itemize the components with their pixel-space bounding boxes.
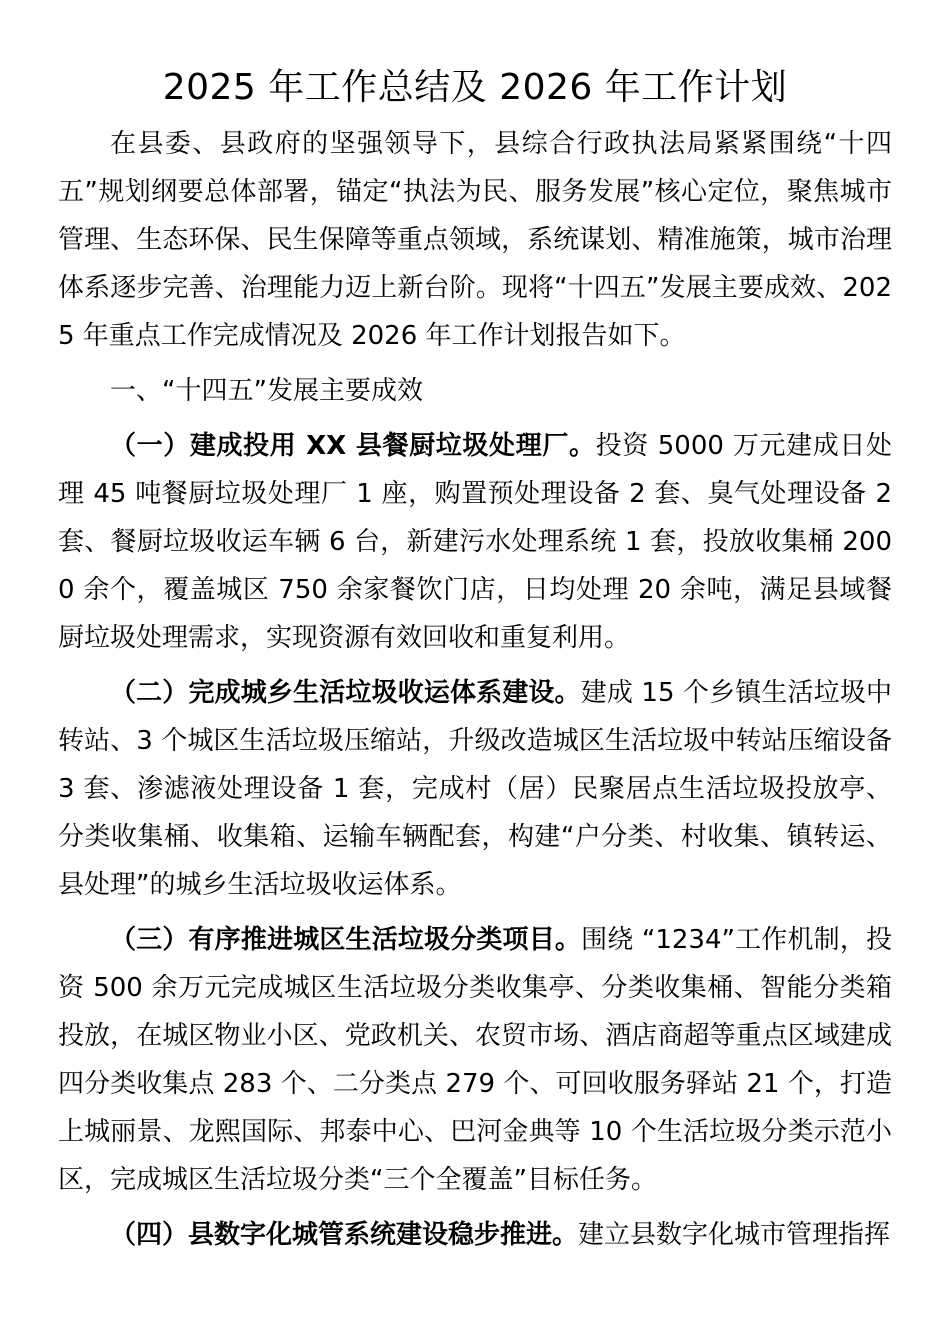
item-3-lead: （三）有序推进城区生活垃圾分类项目。: [110, 925, 581, 955]
item-paragraph-1: （一）建成投用 XX 县餐厨垃圾处理厂。投资 5000 万元建成日处理 45 吨…: [58, 422, 892, 662]
item-3-text: 围绕 “1234”工作机制，投资 500 余万元完成城区生活垃圾分类收集亭、分类…: [58, 925, 892, 1195]
document-title: 2025 年工作总结及 2026 年工作计划: [58, 62, 892, 114]
item-1-text: 投资 5000 万元建成日处理 45 吨餐厨垃圾处理厂 1 座，购置预处理设备 …: [58, 431, 892, 653]
item-1-lead: （一）建成投用 XX 县餐厨垃圾处理厂。: [110, 431, 596, 461]
intro-paragraph: 在县委、县政府的坚强领导下，县综合行政执法局紧紧围绕“十四五”规划纲要总体部署，…: [58, 120, 892, 360]
item-paragraph-2: （二）完成城乡生活垃圾收运体系建设。建成 15 个乡镇生活垃圾中转站、3 个城区…: [58, 669, 892, 909]
item-paragraph-4: （四）县数字化城管系统建设稳步推进。建立县数字化城市管理指挥: [58, 1211, 892, 1259]
item-4-text: 建立县数字化城市管理指挥: [578, 1220, 890, 1250]
item-2-lead: （二）完成城乡生活垃圾收运体系建设。: [110, 678, 581, 708]
item-2-text: 建成 15 个乡镇生活垃圾中转站、3 个城区生活垃圾压缩站，升级改造城区生活垃圾…: [58, 678, 892, 900]
section-heading: 一、“十四五”发展主要成效: [58, 367, 892, 415]
item-4-lead: （四）县数字化城管系统建设稳步推进。: [110, 1220, 578, 1250]
item-paragraph-3: （三）有序推进城区生活垃圾分类项目。围绕 “1234”工作机制，投资 500 余…: [58, 916, 892, 1204]
document-page: 2025 年工作总结及 2026 年工作计划 在县委、县政府的坚强领导下，县综合…: [0, 0, 950, 1344]
